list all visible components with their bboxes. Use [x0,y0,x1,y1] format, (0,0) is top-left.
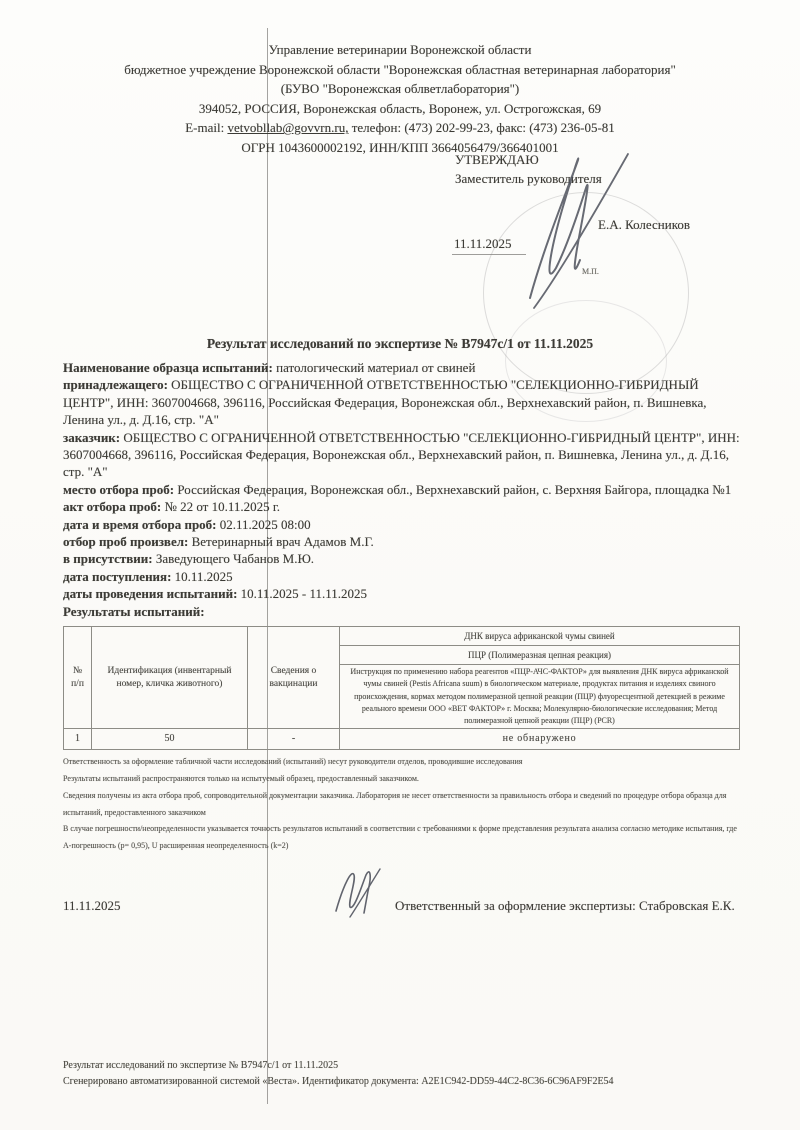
col-header-vaccination: Сведения о вакцинации [248,627,340,729]
footer-generated-by: Сгенерировано автоматизированной системо… [63,1074,753,1090]
email-label: E-mail: [185,120,224,135]
field-witness: в присутствии: Заведующего Чабанов М.Ю. [63,550,740,567]
field-sampling-act: акт отбора проб: № 22 от 10.11.2025 г. [63,498,740,515]
field-label: акт отбора проб: [63,499,161,514]
col-header-method-type: ПЦР (Полимеразная цепная реакция) [340,646,740,665]
field-value: 02.11.2025 08:00 [220,517,311,532]
field-receipt-date: дата поступления: 10.11.2025 [63,568,740,585]
field-value: Заведующего Чабанов М.Ю. [156,551,314,566]
field-sampled-by: отбор проб произвел: Ветеринарный врач А… [63,533,740,550]
field-sampling-datetime: дата и время отбора проб: 02.11.2025 08:… [63,516,740,533]
executor-signature-icon [328,865,390,919]
footnote: Ответственность за оформление табличной … [63,754,740,771]
field-label: дата поступления: [63,569,171,584]
footnote: В случае погрешности/неопределенности ук… [63,821,740,855]
field-label: дата и время отбора проб: [63,517,217,532]
field-value: Ветеринарный врач Адамов М.Г. [192,534,374,549]
org-authority: Управление ветеринарии Воронежской облас… [58,40,742,60]
col-header-method-detail: Инструкция по применению набора реагенто… [340,665,740,729]
field-label: принадлежащего: [63,377,168,392]
phone-fax: телефон: (473) 202-99-23, факс: (473) 23… [352,120,615,135]
col-header-result-group: ДНК вируса африканской чумы свиней [340,627,740,646]
footnotes: Ответственность за оформление табличной … [63,754,740,855]
results-section-label: Результаты испытаний: [63,603,740,620]
signoff-date: 11.11.2025 [63,897,121,914]
field-sampling-place: место отбора проб: Российская Федерация,… [63,481,740,498]
field-label: место отбора проб: [63,482,174,497]
field-label: в присутствии: [63,551,153,566]
field-label: отбор проб произвел: [63,534,188,549]
document-body: Наименование образца испытаний: патологи… [63,359,740,951]
field-owner: принадлежащего: ОБЩЕСТВО С ОГРАНИЧЕННОЙ … [63,376,740,428]
org-contacts: E-mail: vetvobllab@govvrn.ru, телефон: (… [58,118,742,138]
cell-row-number: 1 [64,729,92,750]
col-header-identification: Идентификация (инвентарный номер, кличка… [92,627,248,729]
signoff-row: 11.11.2025 Ответственный за оформление э… [63,871,740,951]
footnote: Результаты испытаний распространяются то… [63,771,740,788]
field-label: Наименование образца испытаний: [63,360,273,375]
signoff-text: Ответственный за оформление экспертизы: … [395,897,735,914]
org-address: 394052, РОССИЯ, Воронежская область, Вор… [58,99,742,119]
email-value: vetvobllab@govvrn.ru, [227,120,348,135]
field-value: 10.11.2025 - 11.11.2025 [241,586,367,601]
results-table: № п/п Идентификация (инвентарный номер, … [63,626,740,750]
cell-identification: 50 [92,729,248,750]
footer-expertise-ref: Результат исследований по экспертизе № В… [63,1058,753,1074]
field-value: № 22 от 10.11.2025 г. [164,499,280,514]
field-testing-dates: даты проведения испытаний: 10.11.2025 - … [63,585,740,602]
field-value: 10.11.2025 [175,569,233,584]
cell-vaccination: - [248,729,340,750]
field-value: Российская Федерация, Воронежская обл., … [177,482,731,497]
table-header-row-1: № п/п Идентификация (инвентарный номер, … [64,627,740,646]
cell-result: не обнаружено [340,729,740,750]
org-short-name: (БУВО "Воронежская облветлаборатория") [58,79,742,99]
scanned-document-page: Управление ветеринарии Воронежской облас… [0,0,800,1130]
field-value: ОБЩЕСТВО С ОГРАНИЧЕННОЙ ОТВЕТСТВЕННОСТЬЮ… [63,430,740,480]
org-name: бюджетное учреждение Воронежской области… [58,60,742,80]
footnote: Сведения получены из акта отбора проб, с… [63,788,740,822]
document-title: Результат исследований по экспертизе № В… [58,336,742,352]
table-row: 1 50 - не обнаружено [64,729,740,750]
document-footer: Результат исследований по экспертизе № В… [63,1058,753,1089]
field-sample-name: Наименование образца испытаний: патологи… [63,359,740,376]
field-label: даты проведения испытаний: [63,586,237,601]
field-value: патологический материал от свиней [276,360,475,375]
col-header-number: № п/п [64,627,92,729]
letterhead: Управление ветеринарии Воронежской облас… [58,40,742,158]
field-label: заказчик: [63,430,120,445]
field-customer: заказчик: ОБЩЕСТВО С ОГРАНИЧЕННОЙ ОТВЕТС… [63,429,740,481]
